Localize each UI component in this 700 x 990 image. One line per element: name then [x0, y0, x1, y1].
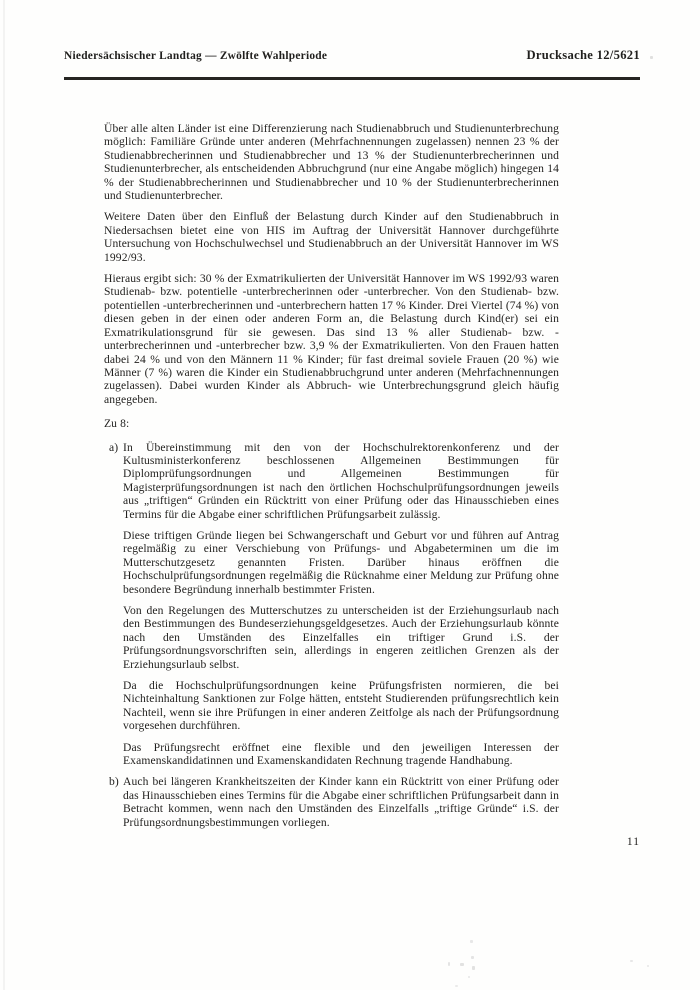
body-paragraph: Über alle alten Länder ist eine Differen… — [104, 122, 559, 202]
list-item-b: b) Auch bei längeren Krankheitszeiten de… — [104, 775, 559, 829]
page-number: 11 — [620, 836, 640, 848]
scan-artifact — [448, 962, 450, 966]
item-paragraph: Diese triftigen Gründe liegen bei Schwan… — [123, 529, 559, 596]
item-paragraph: Da die Hochschulprüfungsordnungen keine … — [123, 679, 559, 733]
document-body: Über alle alten Länder ist eine Differen… — [104, 122, 559, 837]
item-marker: a) — [109, 441, 123, 768]
scan-artifact — [471, 956, 474, 959]
body-paragraph: Weitere Daten über den Einfluß der Belas… — [104, 210, 559, 264]
section-heading: Zu 8: — [104, 417, 559, 430]
list-item-a: a) In Übereinstimmung mit den von der Ho… — [104, 441, 559, 768]
item-body: In Übereinstimmung mit den von der Hochs… — [123, 441, 559, 768]
scan-artifact — [470, 940, 473, 943]
item-paragraph: Auch bei längeren Krankheitszeiten der K… — [123, 775, 559, 829]
item-paragraph: Das Prüfungsrecht eröffnet eine flexible… — [123, 741, 559, 768]
body-paragraph: Hieraus ergibt sich: 30 % der Exmatrikul… — [104, 272, 559, 406]
scan-artifact — [650, 56, 653, 59]
scan-artifact — [468, 976, 470, 978]
item-body: Auch bei längeren Krankheitszeiten der K… — [123, 775, 559, 829]
item-paragraph: Von den Regelungen des Mutterschutzes zu… — [123, 604, 559, 671]
scan-artifact — [460, 963, 464, 966]
page-header: Niedersächsischer Landtag — Zwölfte Wahl… — [64, 48, 640, 63]
item-marker: b) — [109, 775, 123, 829]
scan-artifact — [630, 960, 633, 962]
scan-edge-shadow — [3, 0, 5, 990]
item-paragraph: In Übereinstimmung mit den von der Hochs… — [123, 441, 559, 521]
header-doc-number: Drucksache 12/5621 — [527, 48, 641, 63]
scan-artifact — [455, 985, 458, 987]
header-rule — [64, 77, 640, 80]
scan-artifact — [472, 966, 475, 970]
header-left-title: Niedersächsischer Landtag — Zwölfte Wahl… — [64, 50, 327, 62]
scan-artifact — [647, 965, 649, 967]
document-page: Niedersächsischer Landtag — Zwölfte Wahl… — [0, 0, 700, 990]
